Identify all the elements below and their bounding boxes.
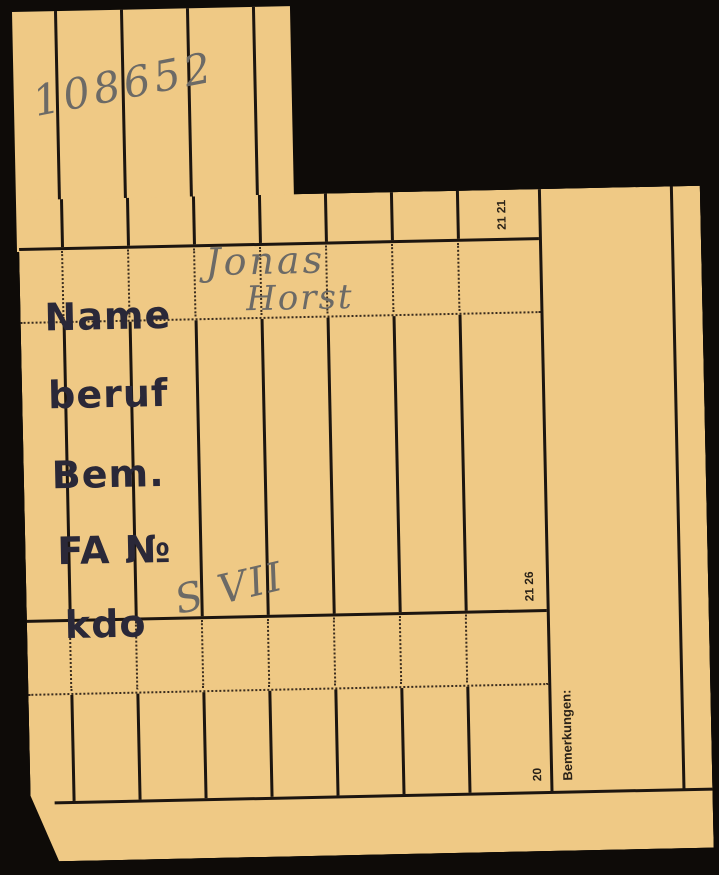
label-name: Name [44,293,172,340]
dotted-line [28,683,548,696]
firstname-handwritten: Horst [246,277,354,319]
grid-line [192,196,196,244]
label-beruf: beruf [48,371,169,418]
grid-line [400,688,405,794]
grid-line [390,192,394,240]
dotted-line [399,616,402,684]
grid-line [456,191,460,239]
grid-line [670,186,686,790]
grid-line [459,315,468,611]
dotted-line [201,620,204,688]
grid-line [538,189,554,793]
dotted-line [465,615,468,683]
grid-line [324,194,328,242]
grid-line [202,692,207,798]
grid-line [60,199,64,247]
dotted-line [333,617,336,685]
grid-line [466,687,471,793]
fa-number-handwritten: S VII [170,554,288,624]
grid-line [327,318,336,614]
label-fa-no: FA № [57,527,172,573]
grid-line [268,691,273,797]
print-number-mid: 21 26 [522,571,537,601]
dotted-line [267,619,270,687]
label-bem: Bem. [51,451,165,497]
card-main: 21 21 Jonas Horst 21 26 20 Bemerkungen: … [18,186,714,862]
grid-line [136,694,141,800]
print-number-top: 21 21 [494,200,509,230]
dotted-line [457,243,460,311]
print-number-bottom: 20 [530,768,544,782]
grid-line [393,316,402,612]
grid-line [126,198,130,246]
label-kdo: kdo [64,601,146,647]
dotted-line [391,244,394,312]
grid-line [70,695,75,801]
dotted-line [193,248,196,316]
grid-line [55,788,713,805]
grid-line [258,195,262,243]
bemerkungen-label: Bemerkungen: [558,689,575,780]
grid-line [334,689,339,795]
